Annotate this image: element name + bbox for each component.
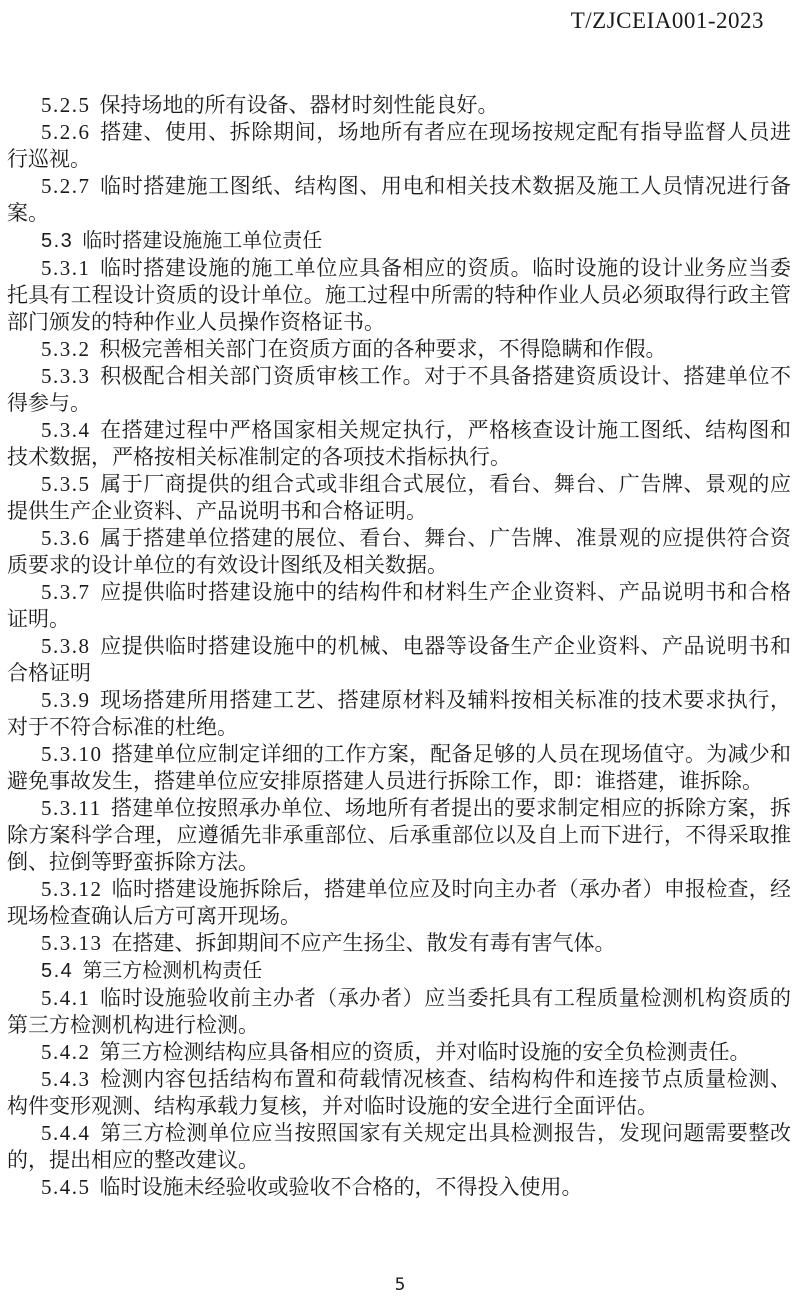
clause-number: 5.3.4 <box>41 418 91 442</box>
clause-text: 搭建单位按照承办单位、场地所有者提出的要求制定相应的拆除方案，拆除方案科学合理，… <box>7 796 791 874</box>
clause-number: 5.4.3 <box>41 1067 91 1091</box>
clause-text: 临时设施验收前主办者（承办者）应当委托具有工程质量检测机构资质的第三方检测机构进… <box>7 986 791 1037</box>
clause-number: 5.4.4 <box>41 1121 91 1145</box>
clause-text: 临时搭建设施施工单位责任 <box>82 230 322 252</box>
clause-paragraph-5.3.9: 5.3.9现场搭建所用搭建工艺、搭建原材料及辅料按相关标准的技术要求执行，对于不… <box>7 687 791 741</box>
clause-paragraph-5.2.5: 5.2.5保持场地的所有设备、器材时刻性能良好。 <box>7 92 791 119</box>
clause-text: 检测内容包括结构布置和荷载情况核查、结构构件和连接节点质量检测、构件变形观测、结… <box>7 1067 791 1118</box>
clause-number: 5.3.13 <box>41 931 103 955</box>
section-heading-5.4: 5.4第三方检测机构责任 <box>7 957 791 985</box>
clause-paragraph-5.4.2: 5.4.2第三方检测结构应具备相应的资质，并对临时设施的安全负检测责任。 <box>7 1039 791 1066</box>
clause-paragraph-5.4.4: 5.4.4第三方检测单位应当按照国家有关规定出具检测报告，发现问题需要整改的，提… <box>7 1120 791 1174</box>
clause-text: 应提供临时搭建设施中的机械、电器等设备生产企业资料、产品说明书和合格证明 <box>7 634 791 685</box>
clause-paragraph-5.3.13: 5.3.13在搭建、拆卸期间不应产生扬尘、散发有毒有害气体。 <box>7 930 791 957</box>
clause-number: 5.4.5 <box>41 1175 91 1199</box>
clause-text: 搭建单位应制定详细的工作方案，配备足够的人员在现场值守。为减少和避免事故发生，搭… <box>7 742 791 793</box>
document-body: 5.2.5保持场地的所有设备、器材时刻性能良好。 5.2.6搭建、使用、拆除期间… <box>7 92 791 1201</box>
clause-text: 搭建、使用、拆除期间，场地所有者应在现场按规定配有指导监督人员进行巡视。 <box>7 120 791 171</box>
clause-paragraph-5.3.1: 5.3.1临时搭建设施的施工单位应具备相应的资质。临时设施的设计业务应当委托具有… <box>7 255 791 336</box>
clause-text: 第三方检测机构责任 <box>82 960 262 982</box>
clause-number: 5.3.8 <box>41 634 91 658</box>
clause-text: 临时搭建施工图纸、结构图、用电和相关技术数据及施工人员情况进行备案。 <box>7 174 791 225</box>
clause-number: 5.3.10 <box>41 742 103 766</box>
clause-number: 5.3.12 <box>41 877 103 901</box>
clause-text: 现场搭建所用搭建工艺、搭建原材料及辅料按相关标准的技术要求执行，对于不符合标准的… <box>7 688 791 739</box>
clause-text: 临时搭建设施的施工单位应具备相应的资质。临时设施的设计业务应当委托具有工程设计资… <box>7 256 791 334</box>
page-footer: 5 <box>0 1275 800 1295</box>
clause-paragraph-5.4.5: 5.4.5临时设施未经验收或验收不合格的，不得投入使用。 <box>7 1174 791 1201</box>
clause-text: 属于厂商提供的组合式或非组合式展位，看台、舞台、广告牌、景观的应提供生产企业资料… <box>7 472 791 523</box>
clause-number: 5.4.1 <box>41 986 91 1010</box>
section-heading-5.3: 5.3临时搭建设施施工单位责任 <box>7 227 791 255</box>
clause-paragraph-5.3.11: 5.3.11搭建单位按照承办单位、场地所有者提出的要求制定相应的拆除方案，拆除方… <box>7 795 791 876</box>
clause-number: 5.3.3 <box>41 364 91 388</box>
clause-paragraph-5.3.5: 5.3.5属于厂商提供的组合式或非组合式展位，看台、舞台、广告牌、景观的应提供生… <box>7 471 791 525</box>
clause-number: 5.2.7 <box>41 174 91 198</box>
clause-text: 在搭建过程中严格国家相关规定执行，严格核查设计施工图纸、结构图和技术数据，严格按… <box>7 418 791 469</box>
clause-paragraph-5.3.8: 5.3.8应提供临时搭建设施中的机械、电器等设备生产企业资料、产品说明书和合格证… <box>7 633 791 687</box>
clause-paragraph-5.2.7: 5.2.7临时搭建施工图纸、结构图、用电和相关技术数据及施工人员情况进行备案。 <box>7 173 791 227</box>
clause-number: 5.3.11 <box>41 796 102 820</box>
clause-paragraph-5.3.12: 5.3.12临时搭建设施拆除后，搭建单位应及时向主办者（承办者）申报检查，经现场… <box>7 876 791 930</box>
clause-text: 第三方检测结构应具备相应的资质，并对临时设施的安全负检测责任。 <box>100 1040 751 1064</box>
clause-number: 5.3.1 <box>41 256 91 280</box>
standard-code: T/ZJCEIA001-2023 <box>571 8 764 33</box>
clause-number: 5.2.6 <box>41 120 91 144</box>
clause-paragraph-5.3.6: 5.3.6属于搭建单位搭建的展位、看台、舞台、广告牌、准景观的应提供符合资质要求… <box>7 525 791 579</box>
clause-number: 5.4.2 <box>41 1040 91 1064</box>
clause-number: 5.4 <box>41 960 73 982</box>
clause-text: 应提供临时搭建设施中的结构件和材料生产企业资料、产品说明书和合格证明。 <box>7 580 791 631</box>
clause-paragraph-5.3.2: 5.3.2积极完善相关部门在资质方面的各种要求，不得隐瞒和作假。 <box>7 336 791 363</box>
clause-text: 临时设施未经验收或验收不合格的，不得投入使用。 <box>100 1175 583 1199</box>
clause-number: 5.3.2 <box>41 337 91 361</box>
clause-text: 临时搭建设施拆除后，搭建单位应及时向主办者（承办者）申报检查，经现场检查确认后方… <box>7 877 791 928</box>
clause-paragraph-5.3.4: 5.3.4在搭建过程中严格国家相关规定执行，严格核查设计施工图纸、结构图和技术数… <box>7 417 791 471</box>
clause-paragraph-5.2.6: 5.2.6搭建、使用、拆除期间，场地所有者应在现场按规定配有指导监督人员进行巡视… <box>7 119 791 173</box>
page-header: T/ZJCEIA001-2023 <box>0 8 764 34</box>
clause-number: 5.3.6 <box>41 526 91 550</box>
clause-paragraph-5.3.7: 5.3.7应提供临时搭建设施中的结构件和材料生产企业资料、产品说明书和合格证明。 <box>7 579 791 633</box>
clause-paragraph-5.4.3: 5.4.3检测内容包括结构布置和荷载情况核查、结构构件和连接节点质量检测、构件变… <box>7 1066 791 1120</box>
clause-text: 在搭建、拆卸期间不应产生扬尘、散发有毒有害气体。 <box>112 931 616 955</box>
clause-paragraph-5.3.10: 5.3.10搭建单位应制定详细的工作方案，配备足够的人员在现场值守。为减少和避免… <box>7 741 791 795</box>
clause-number: 5.3.7 <box>41 580 91 604</box>
clause-text: 第三方检测单位应当按照国家有关规定出具检测报告，发现问题需要整改的，提出相应的整… <box>7 1121 791 1172</box>
clause-number: 5.2.5 <box>41 93 91 117</box>
clause-number: 5.3.5 <box>41 472 91 496</box>
clause-paragraph-5.3.3: 5.3.3积极配合相关部门资质审核工作。对于不具备搭建资质设计、搭建单位不得参与… <box>7 363 791 417</box>
page-number: 5 <box>395 1275 406 1295</box>
clause-paragraph-5.4.1: 5.4.1临时设施验收前主办者（承办者）应当委托具有工程质量检测机构资质的第三方… <box>7 985 791 1039</box>
clause-text: 保持场地的所有设备、器材时刻性能良好。 <box>100 93 499 117</box>
clause-number: 5.3 <box>41 230 73 252</box>
clause-number: 5.3.9 <box>41 688 91 712</box>
clause-text: 积极配合相关部门资质审核工作。对于不具备搭建资质设计、搭建单位不得参与。 <box>7 364 791 415</box>
clause-text: 积极完善相关部门在资质方面的各种要求，不得隐瞒和作假。 <box>100 337 667 361</box>
clause-text: 属于搭建单位搭建的展位、看台、舞台、广告牌、准景观的应提供符合资质要求的设计单位… <box>7 526 791 577</box>
